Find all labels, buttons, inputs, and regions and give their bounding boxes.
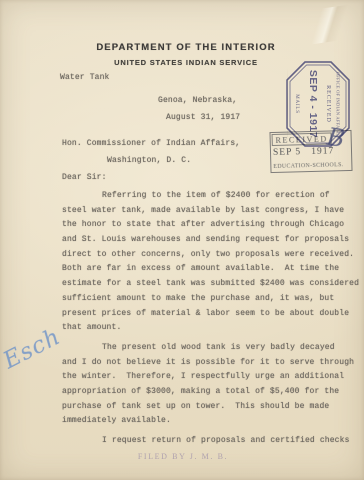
typed-line: and St. Louis warehouses and sending req… [62, 233, 354, 248]
octagon-stamp-received: RECEIVED [325, 85, 331, 123]
octagon-stamp-bottom: MAILS [294, 94, 299, 114]
typed-line: appropriation of $3000, making a total o… [62, 385, 354, 400]
subject-annotation: Water Tank [60, 73, 110, 82]
typed-line: Both are far in excess of amount availab… [62, 262, 354, 277]
received-box-stamp-division: EDUCATION-SCHOOLS. [273, 162, 343, 170]
typed-line: immediately available. [62, 414, 354, 429]
typed-line: purchase of tank set up on tower. This s… [62, 400, 354, 415]
paragraph-3: I request return of proposals and certif… [62, 434, 354, 449]
typed-line: sufficient amount to make the purchase a… [62, 292, 354, 307]
typed-line: I request return of proposals and certif… [62, 434, 354, 449]
typed-line: that amount. [62, 321, 354, 336]
letter-body: Referring to the item of $2400 for erect… [62, 189, 354, 454]
recipient-line-1: Hon. Commissioner of Indian Affairs, [62, 139, 240, 148]
paragraph-1: Referring to the item of $2400 for erect… [62, 189, 354, 336]
place-line: Genoa, Nebraska, [158, 96, 237, 105]
typed-line: Referring to the item of $2400 for erect… [62, 189, 354, 204]
typed-line: The present old wood tank is very badly … [62, 341, 354, 356]
date-line: August 31, 1917 [166, 113, 240, 122]
letterhead-department: DEPARTMENT OF THE INTERIOR [14, 42, 358, 53]
typed-line: direct to other concerns, only two propo… [62, 248, 354, 263]
octagon-stamp-date: SEP 4 - 1917 [307, 70, 319, 138]
typed-line: and I do not believe it is possible for … [62, 356, 354, 371]
received-box-stamp-title: RECEIVED [272, 132, 332, 146]
typed-line: estimate for a steel tank was submitted … [62, 277, 354, 292]
paragraph-2: The present old wood tank is very badly … [62, 341, 354, 429]
typed-line: present prices of material & labor seem … [62, 307, 354, 322]
salutation: Dear Sir: [62, 173, 107, 182]
typed-line: the winter. Therefore, I respectfully ur… [62, 370, 354, 385]
scanned-letter-page: DEPARTMENT OF THE INTERIOR UNITED STATES… [0, 0, 364, 480]
recipient-line-2: Washington, D. C. [107, 156, 191, 165]
handwritten-name-esch: Esch [0, 324, 65, 375]
typed-line: steel water tank, made available by last… [62, 204, 354, 219]
typed-line: the honor to state that after advertisin… [62, 218, 354, 233]
filed-by-stamp: FILED BY J. M. B. [138, 452, 228, 461]
